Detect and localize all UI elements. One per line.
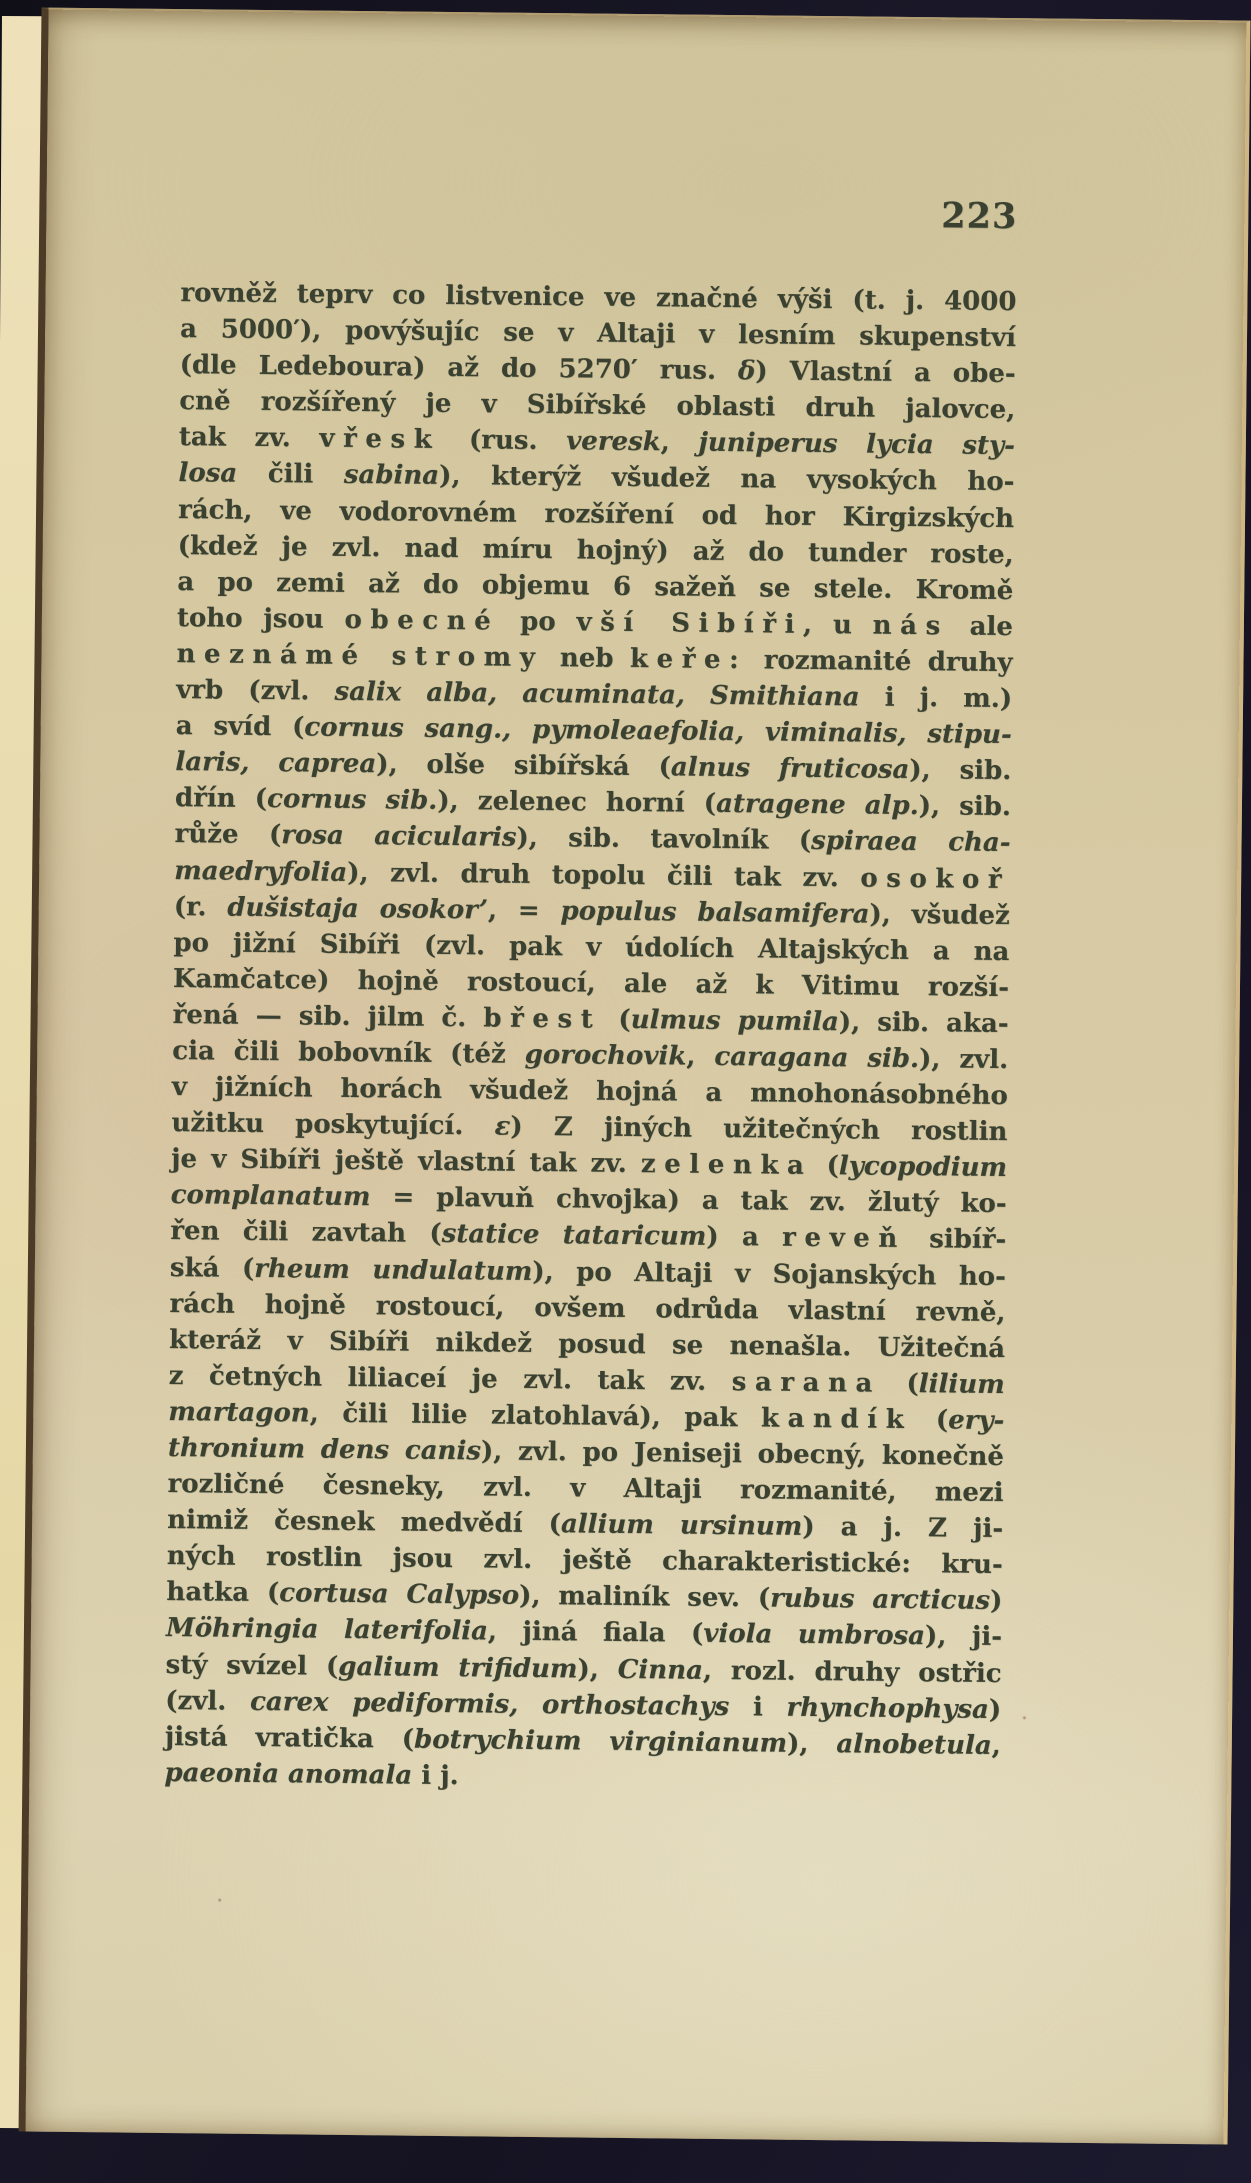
text-run: ), kterýž všudež na vysokých ho- [439,461,1015,497]
latin-botanical-name: botrychium virginianum [414,1724,787,1758]
text-run: , rozl. druhy ostřic [703,1655,1002,1688]
latin-botanical-name: gorochovik [525,1040,687,1072]
text-run: ) Z jiných užitečných rostlin [510,1112,1007,1147]
text-run: čili [237,459,344,490]
text-run: ( [912,1405,948,1435]
text-run: po jižní Sibíři (zvl. pak v údolích Alta… [173,928,1009,967]
latin-botanical-name: galium trifidum [338,1651,577,1684]
text-run: (kdež je zvl. nad míru hojný) až do tund… [178,531,1014,570]
text-run: (r. [174,892,228,923]
emphasized-term: neznámé stromy [176,639,543,673]
text-run: ), ji- [925,1622,1002,1653]
page-content: 223 rovněž teprv co listvenice ve značné… [164,11,1019,1800]
emphasized-term: reveň [782,1223,906,1254]
emphasized-term: keře: [630,644,748,675]
latin-botanical-name: Cinna [618,1654,704,1685]
text-run: řená — sib. jilm č. [172,1000,483,1033]
text-run: ), po Altaji v Sojanských ho- [532,1256,1006,1291]
text-run: užitku poskytující. [171,1108,494,1141]
page-number: 223 [181,187,1017,238]
latin-botanical-name: lycopodium [839,1151,1007,1183]
text-run: ( [812,1151,839,1181]
text-run: stý svízel ( [165,1650,338,1682]
latin-botanical-name: rubus arcticus [770,1584,990,1616]
book-page: 223 rovněž teprv co listvenice ve značné… [19,8,1251,2145]
text-run: (dle Ledeboura) až do 5270′ rus. [180,350,739,386]
text-run: je v Sibíři ještě vlastní tak zv. [171,1144,641,1179]
text-run: po [499,606,577,637]
latin-botanical-name: spiraea cha- [811,826,1011,858]
latin-botanical-name: δ [738,356,756,386]
latin-botanical-name: sabina [344,460,440,491]
text-run: ), [577,1654,618,1684]
latin-botanical-name: rosa acicularis [281,821,516,854]
text-run: hatka ( [166,1577,279,1608]
text-run: a 5000′), povýšujíc se v Altaji v lesním… [180,314,1016,353]
latin-botanical-name: complanatum [171,1180,371,1212]
latin-botanical-name: thronium dens canis [168,1433,481,1466]
text-run: , [992,1731,1001,1761]
latin-botanical-name: losa [178,458,237,489]
latin-botanical-name: populus balsamifera [560,896,869,929]
latin-botanical-name: rhynchophysa [786,1692,989,1724]
latin-botanical-name: alnobetula [836,1729,992,1761]
scanned-book-spread: 223 rovněž teprv co listvenice ve značné… [0,0,1251,2183]
latin-botanical-name: laris, caprea [175,747,376,779]
text-run: ) [989,1695,1002,1725]
text-run: růže ( [174,819,281,850]
latin-botanical-name: ulmus pumila [631,1005,839,1037]
text-run: vrb (zvl. [176,675,335,707]
text-run: ), [787,1728,837,1759]
text-run: toho jsou [177,603,345,635]
text-run: ale [949,611,1013,642]
text-run: rách, ve vodorovném rozšíření od hor Kir… [178,495,1014,534]
text-run: ) a j. Z ji- [802,1512,1003,1544]
text-run: ), zvl. po Jeniseji obecný, konečně [481,1436,1004,1472]
emphasized-term: osokoř [860,863,1010,895]
latin-botanical-name: ε [494,1112,510,1142]
text-run: , = [488,895,561,926]
latin-botanical-name: juniperus lycia sty- [698,428,1015,461]
text-run: ), zvl. druh topolu čili tak zv. [347,857,860,893]
text-run: ) [990,1586,1003,1616]
text-run: kteráž v Sibíři nikdež posud se nenašla.… [169,1325,1005,1364]
text-run: ) Vlastní a obe- [755,356,1016,389]
latin-botanical-name: cortusa Calypso [279,1579,519,1612]
text-run: , [661,428,699,458]
latin-botanical-name: martagon [168,1397,310,1429]
text-run: nimiž česnek medvědí ( [167,1505,561,1539]
text-run: ( [601,1005,631,1035]
text-run: ), zelenec horní ( [437,786,716,819]
latin-botanical-name: dušistaja osokor’ [227,892,488,925]
text-run: , jiná fiala ( [488,1617,704,1649]
latin-botanical-name: viola umbrosa [703,1619,925,1651]
paragraph: rovněž teprv co listvenice ve značné výš… [164,275,1016,1800]
emphasized-term: obecné [344,605,499,637]
emphasized-term: nás [872,610,948,641]
text-run: dřín ( [175,783,267,814]
latin-botanical-name: atragene alp. [716,789,919,821]
text-run: , čili lilie zlatohlavá), pak [310,1398,762,1433]
latin-botanical-name: lilium [919,1369,1005,1400]
text-run: ), olše sibířská ( [376,749,671,782]
text-run: řen čili zavtah ( [170,1216,442,1249]
latin-botanical-name: carex pediformis, orthostachys [250,1687,729,1722]
text-run: ných rostlin jsou zvl. ještě charakteris… [167,1541,1003,1580]
text-run: sibíř- [906,1224,1007,1255]
text-run: neb [543,643,630,674]
latin-botanical-name: cornus sib. [267,784,438,816]
text-run: ), zvl. [919,1044,1008,1075]
latin-botanical-name: allium ursinum [561,1509,803,1542]
latin-botanical-name: ery- [948,1405,1004,1436]
latin-botanical-name: salix alba, acuminata, Smithiana [334,677,859,713]
text-run: ská ( [170,1253,255,1284]
latin-botanical-name: maedryfolia [174,856,347,888]
text-run: ), sib. [919,791,1012,822]
emphasized-term: kandík [761,1403,913,1435]
text-run: cně rozšířený je v Sibířské oblasti druh… [179,386,1015,425]
latin-botanical-name: Möhringia laterifolia [166,1613,488,1646]
text-run: z četných liliaceí je zvl. tak zv. [169,1361,732,1397]
latin-botanical-name: caragana sib. [714,1042,919,1074]
text-run: v jižních horách všudež hojná a mnohonás… [172,1072,1008,1111]
text-run: ), maliník sev. ( [519,1581,770,1614]
text-run: rách hojně rostoucí, ovšem odrůda vlastn… [169,1289,1005,1328]
text-run: (rus. [440,425,566,456]
emphasized-term: břest [483,1003,601,1034]
text-run: (zvl. [165,1686,250,1717]
latin-botanical-name: statice tataricum [442,1219,707,1252]
text-run: rozmanité druhy [747,645,1013,678]
text-run: a svíd ( [176,711,305,742]
text-run: tak zv. [179,422,320,454]
text-run: i [729,1692,787,1723]
latin-botanical-name: veresk [566,427,661,458]
text-run: Kamčatce) hojně rostoucí, ale až k Vitim… [173,964,1009,1003]
latin-botanical-name: cornus sang., pymoleaefolia, viminalis, … [304,713,1012,751]
text-run: , [686,1042,714,1072]
text-run: i j. [412,1760,459,1791]
text-run: ), sib. aka- [839,1007,1009,1039]
latin-botanical-name: rheum undulatum [254,1253,532,1286]
text-run: ) a [706,1222,782,1253]
text-run: cia čili bobovník (též [172,1036,525,1070]
latin-botanical-name: paeonia anomala [164,1758,412,1791]
emphasized-term: vší Sibíři [576,607,803,639]
emphasized-term: zelenka [641,1149,813,1181]
text-run: ), všudež [869,899,1010,931]
text-run: ( [881,1368,919,1398]
text-run: = plavuň chvojka) a tak zv. žlutý ko- [370,1182,1007,1219]
text-run: ), sib. [909,755,1011,786]
text-run: a po zemi až do objemu 6 sažeň se stele.… [177,567,1013,606]
text-run: i j. m.) [859,682,1012,714]
emphasized-term: vřesk [319,424,440,455]
latin-botanical-name: alnus fruticosa [671,753,910,786]
emphasized-term: sarana [732,1367,882,1399]
text-run: ), sib. tavolník ( [516,823,811,856]
text-run: rozličné česneky, zvl. v Altaji rozmanit… [167,1469,1003,1508]
text-run: rovněž teprv co listvenice ve značné výš… [180,278,1016,317]
text-run: , u [803,610,873,641]
text-run: jistá vratička ( [165,1722,415,1755]
